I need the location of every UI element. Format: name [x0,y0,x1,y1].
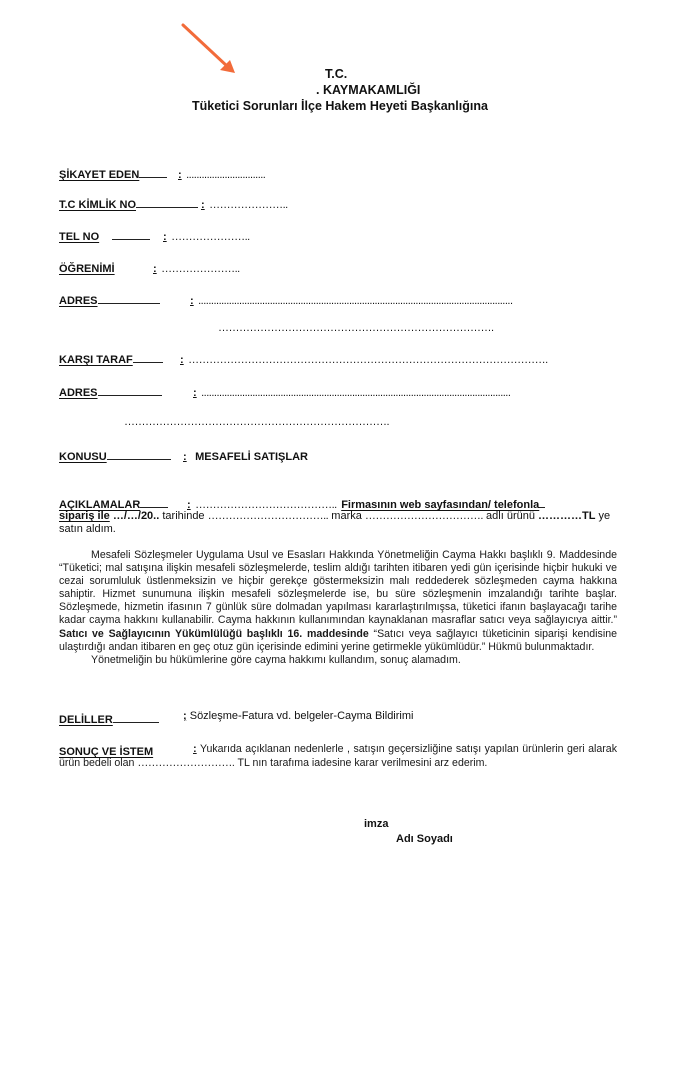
label-underline [136,197,198,208]
field-label: KONUSU [59,451,107,463]
field-label: T.C KİMLİK NO [59,199,136,211]
field-phone-value[interactable]: : ………………….. [163,227,250,245]
header-tc: T.C. [325,67,347,82]
field-subject-value: : MESAFELİ SATIŞLAR [183,447,308,465]
field-label: ADRES [59,295,98,307]
field-complainant: ŞİKAYET EDEN [59,165,167,183]
text: adlı ürünü [483,510,538,522]
field-label: DELİLLER [59,714,113,726]
blank-value: ………………….. [171,231,250,243]
field-label: ÖĞRENİMİ [59,263,115,275]
blank-value: ........................................… [201,387,510,399]
label-underline [98,293,160,304]
field-phone: TEL NO [59,227,150,245]
label-underline [133,352,163,363]
field-label: TEL NO [59,231,99,243]
field-label: ADRES [59,387,98,399]
blank-value[interactable]: ……………………………. [365,510,483,522]
regulation-text-1: Mesafeli Sözleşmeler Uygulama Usul ve Es… [59,549,617,626]
field-label: KARŞI TARAF [59,354,133,366]
field-counterparty-address-value[interactable]: : ......................................… [193,383,510,401]
colon: : [180,354,184,366]
field-counterparty-address: ADRES [59,383,162,401]
colon: : [153,263,157,275]
field-evidence-value: ; Sözleşme-Fatura vd. belgeler-Cayma Bil… [183,710,413,722]
date-blank[interactable]: …/…/20.. [113,510,159,522]
label-underline [139,167,167,178]
field-subject: KONUSU [59,447,171,465]
label-underline [112,229,150,240]
header-kaymakamlik: . KAYMAKAMLIĞI [316,83,420,98]
field-address: ADRES [59,291,160,309]
order-text: sipariş ile [59,510,110,522]
signature-label: imza [364,818,388,830]
explanations-line2: sipariş ile …/…/20.. tarihinde ………………………… [59,510,610,522]
price-blank[interactable]: ………… [538,510,582,522]
colon: : [178,169,182,181]
blank-value: ........................................… [198,295,512,307]
field-counterparty: KARŞI TARAF [59,350,163,368]
blank-value: …………………………………………………………………………………………. [188,354,548,366]
regulation-paragraph: Mesafeli Sözleşmeler Uygulama Usul ve Es… [59,549,617,667]
label-underline [98,385,162,396]
evidence-value: Sözleşme-Fatura vd. belgeler-Cayma Bildi… [187,710,414,722]
arrow-pointer-icon [176,18,242,80]
amount-blank[interactable]: ……………………… [137,757,232,769]
blank-value: ………………….. [161,263,240,275]
colon: : [190,295,194,307]
subject-value: MESAFELİ SATIŞLAR [195,451,308,463]
result-text-2: . TL nın tarafıma iadesine karar verilme… [232,757,488,769]
blank-value: ………………….. [209,199,288,211]
name-surname-label: Adı Soyadı [396,833,453,845]
header-committee: Tüketici Sorunları İlçe Hakem Heyeti Baş… [192,99,488,114]
field-education-value[interactable]: : ………………….. [153,259,240,277]
label-underline [107,449,171,460]
conclusion-text: Yönetmeliğin bu hükümlerine göre cayma h… [59,654,617,667]
colon: : [163,231,167,243]
text: ye [595,510,610,522]
field-complainant-value[interactable]: : ............................... [178,165,265,183]
text: tarihinde [159,510,207,522]
field-tc-id-value[interactable]: : ………………….. [201,195,288,213]
field-counterparty-value[interactable]: : …………………………………………………………………………………………. [180,350,548,368]
regulation-article-title: Satıcı ve Sağlayıcının Yükümlülüğü başlı… [59,628,374,640]
text: marka [328,510,365,522]
field-address-value-line2[interactable]: ……………………………………………………………………. [218,322,494,334]
field-tc-id: T.C KİMLİK NO [59,195,198,213]
colon: : [201,199,205,211]
label-underline [140,497,168,508]
text-underline [539,497,545,508]
colon: : [183,451,187,463]
colon: : [193,387,197,399]
field-label: ŞİKAYET EDEN [59,169,139,181]
blank-value: ............................... [186,169,265,181]
label-underline [113,712,159,723]
explanations-line3: satın aldım. [59,523,116,535]
field-evidence: DELİLLER [59,710,159,728]
currency: TL [582,510,595,522]
field-address-value[interactable]: : ......................................… [190,291,513,309]
blank-value[interactable]: …………………………….. [208,510,329,522]
field-counterparty-address-value-line2[interactable]: …………………………………………………………………. [124,416,389,428]
result-paragraph: : Yukarıda açıklanan nedenlerle , satışı… [59,742,617,770]
field-education: ÖĞRENİMİ [59,259,115,277]
